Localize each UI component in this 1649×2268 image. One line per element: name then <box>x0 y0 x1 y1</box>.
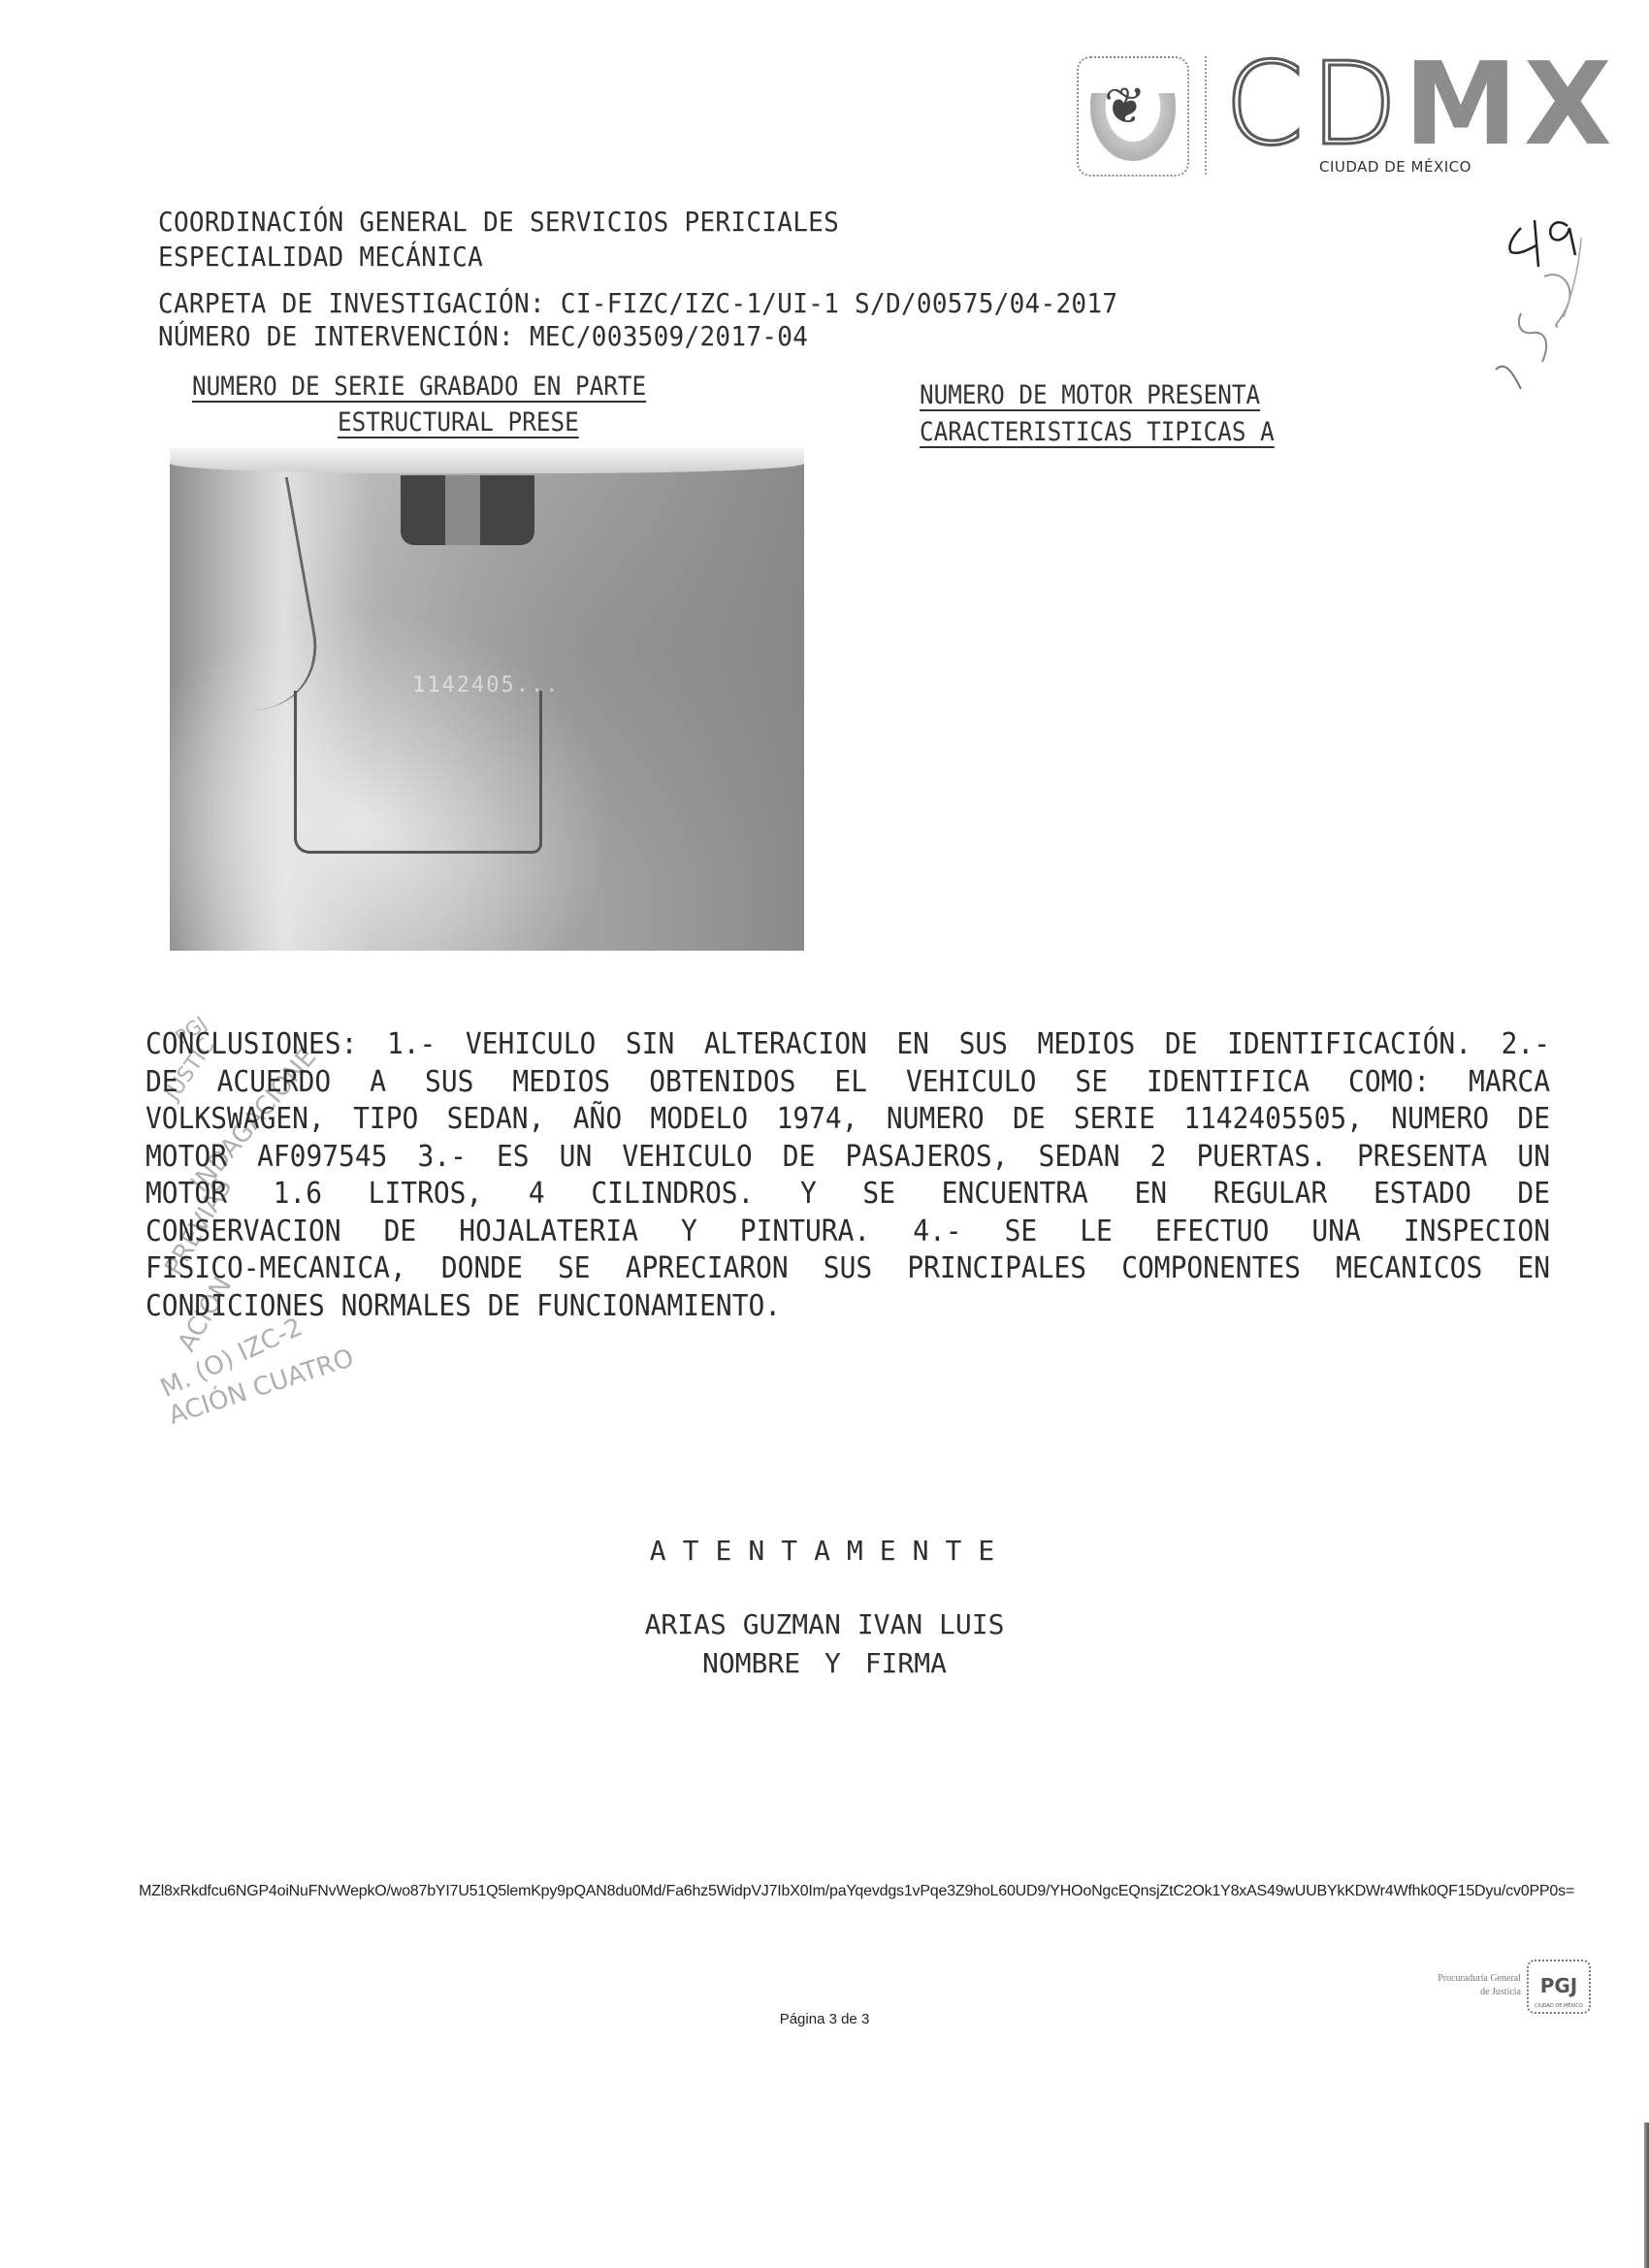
pgj-logo-text: PGJ <box>1540 1974 1578 1997</box>
photo-slot-bar <box>445 475 480 545</box>
institution-name-line2: de Justicia <box>1397 1986 1521 1999</box>
cdmx-wordmark-solid: MX <box>1404 37 1617 171</box>
pgj-logo-caption: CIUDAD DE MÉXICO <box>1529 2003 1589 2009</box>
cdmx-wordmark-outline: CD <box>1224 37 1404 171</box>
caption-engine-number-line2: CARACTERISTICAS TIPICAS A <box>920 417 1275 447</box>
conclusions-line: CONCLUSIONES: 1.- VEHICULO SIN ALTERACIO… <box>145 1026 1550 1064</box>
conclusions-line: FISICO-MECANICA, DONDE SE APRECIARON SUS… <box>145 1250 1550 1288</box>
cdmx-subtitle: CIUDAD DE MÉXICO <box>1319 158 1471 176</box>
photo-weld-seam <box>178 477 329 710</box>
header-specialty: ESPECIALIDAD MECÁNICA <box>158 241 483 273</box>
caption-serial-number-line2: ESTRUCTURAL PRESE <box>338 407 579 437</box>
conclusions-line: VOLKSWAGEN, TIPO SEDAN, AÑO MODELO 1974,… <box>145 1101 1550 1139</box>
conclusions-line: MOTOR AF097545 3.- ES UN VEHICULO DE PAS… <box>145 1139 1550 1177</box>
photo-chassis-slot <box>401 475 534 545</box>
caption-serial-number-line1: NUMERO DE SERIE GRABADO EN PARTE <box>192 372 646 402</box>
header-department: COORDINACIÓN GENERAL DE SERVICIOS PERICI… <box>158 206 839 238</box>
signatory-name: ARIAS GUZMAN IVAN LUIS <box>0 1608 1649 1640</box>
cdmx-emblem-logo: ❦ <box>1077 56 1189 177</box>
institution-name: Procuraduría General de Justicia <box>1397 1972 1521 1999</box>
signatory-role: NOMBRE Y FIRMA <box>0 1647 1649 1679</box>
logo-divider <box>1205 56 1207 175</box>
conclusions-line: DE ACUERDO A SUS MEDIOS OBTENIDOS EL VEH… <box>145 1064 1550 1102</box>
header-intervention-number: NÚMERO DE INTERVENCIÓN: MEC/003509/2017-… <box>158 320 808 352</box>
handwritten-folio-number <box>1474 199 1610 403</box>
caption-engine-number-line1: NUMERO DE MOTOR PRESENTA <box>920 380 1260 410</box>
photo-highlight <box>170 448 804 473</box>
pgj-logo-icon: PGJ CIUDAD DE MÉXICO <box>1527 1960 1591 2014</box>
serial-number-photo: 1142405... <box>170 448 804 951</box>
conclusions-line: CONSERVACION DE HOJALATERIA Y PINTURA. 4… <box>145 1214 1550 1251</box>
page-number: Página 3 de 3 <box>0 2011 1649 2027</box>
digital-signature-hash: MZl8xRkdfcu6NGP4oiNuFNvWepkO/wo87bYI7U51… <box>139 1882 1594 1901</box>
conclusions-line: MOTOR 1.6 LITROS, 4 CILINDROS. Y SE ENCU… <box>145 1176 1550 1214</box>
conclusions-line: CONDICIONES NORMALES DE FUNCIONAMIENTO. <box>145 1288 1550 1326</box>
closing-salutation: ATENTAMENTE <box>0 1535 1649 1567</box>
conclusions-paragraph: CONCLUSIONES: 1.- VEHICULO SIN ALTERACIO… <box>145 1026 1550 1325</box>
photo-engraved-digits: 1142405... <box>412 673 560 697</box>
angel-of-independence-icon: ❦ <box>1104 78 1147 136</box>
scan-edge-artifact <box>1644 2122 1649 2268</box>
institution-name-line1: Procuraduría General <box>1397 1972 1521 1986</box>
header-case-file: CARPETA DE INVESTIGACIÓN: CI-FIZC/IZC-1/… <box>158 287 1117 319</box>
cdmx-wordmark: CDMX <box>1224 47 1618 161</box>
photo-engraved-plate <box>294 691 542 854</box>
